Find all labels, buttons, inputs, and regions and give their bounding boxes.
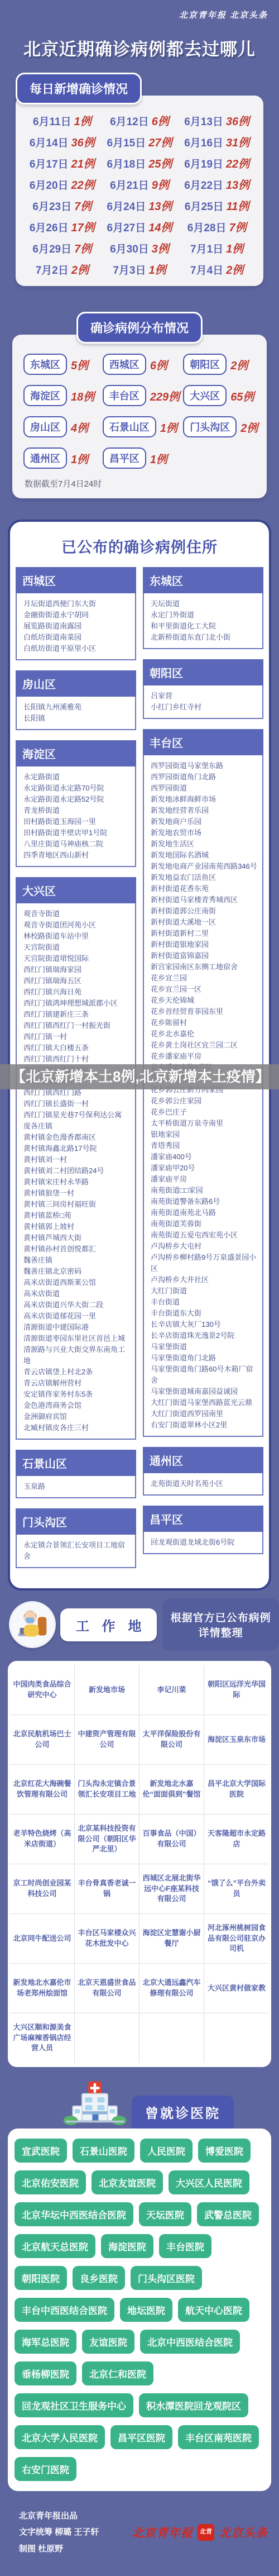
daily-section-header: 每日新增确诊情况 <box>16 73 142 104</box>
district-address-list: 西罗园街道马家堡东路西罗园街道角门北路西罗园街道新发地冰鲜海鲜市场新发地经营者乐… <box>143 755 263 1437</box>
address-item: 马家堡街道角门北路 <box>151 1353 258 1364</box>
address-item: 马家堡街道城南嘉园益诚园 <box>151 1386 258 1397</box>
workplace-table-card: 中国肉类食品综合研究中心新发地市场李记川菜朝阳区远洋光华国际北京民航机场巴士公司… <box>8 1661 271 2067</box>
hospital-tag: 宣武医院 <box>15 2139 67 2163</box>
district-name-pill: 丰台区 <box>103 385 146 406</box>
daily-count: 3例 <box>152 243 169 255</box>
address-item: 永定门外街道 <box>151 610 258 621</box>
address-item: 青塔秀园 <box>151 1140 258 1151</box>
address-item: 黄村镇金色漫香郡南区 <box>23 1132 131 1143</box>
address-item: 小红门乡红寺村 <box>151 702 258 713</box>
address-item: 魏善庄镇北京密码 <box>23 1266 131 1277</box>
district-name-pill: 石景山区 <box>103 416 156 437</box>
daily-case-entry: 6月16日31例 <box>178 134 256 150</box>
address-item: 展览路街道南露园 <box>23 621 131 632</box>
address-item: 黄村镇三间房村福旺街 <box>23 1199 131 1210</box>
workplace-cell: 丰台骨真香老诚一锅 <box>75 1864 139 1914</box>
address-item: 新发地益农门活鱼区 <box>151 872 258 883</box>
workplace-table: 中国肉类食品综合研究中心新发地市场李记川菜朝阳区远洋光华国际北京民航机场巴士公司… <box>10 1665 269 2063</box>
district-block-header: 昌平区 <box>143 1506 263 1532</box>
hospital-tag: 海淀医院 <box>101 2234 153 2258</box>
district-block: 海淀区永定路街道永定路街道永定路70号院永定路街道永定路52号院青龙桥街道田村路… <box>16 740 136 867</box>
daily-count: 13例 <box>148 201 172 213</box>
workplace-cell: 西城区北展北街华远中心F座某科技有限公司 <box>139 1864 204 1914</box>
hospital-tag: 航天中心医院 <box>178 2298 249 2322</box>
daily-case-entry: 6月21日9例 <box>101 176 179 192</box>
address-item: 永定镇合景领汇长安项目工地宿舍 <box>23 1540 131 1562</box>
address-item: 新发地冰鲜海鲜市场 <box>151 794 258 805</box>
address-item: 天宫院街道 <box>23 942 131 953</box>
distribution-section: 确诊病例分布情况 东城区5例西城区6例朝阳区2例海淀区18例丰台区229例大兴区… <box>0 312 279 498</box>
address-item: 金洲御府宾馆 <box>23 1411 131 1422</box>
district-address-list: 天坛街道永定门外街道和平里街道化工大院北新桥街道东直门北小街 <box>143 593 263 649</box>
workplace-cell <box>139 2013 204 2063</box>
workplace-cell: 天客隆超市永定路店 <box>204 1815 269 1864</box>
district-name-pill: 房山区 <box>23 416 67 437</box>
address-item: 花乡北水嘉伦 <box>151 1029 258 1040</box>
district-count: 1例 <box>71 450 88 466</box>
footer: 北京青年报出品 文字统筹 柳璐 王子轩 制图 杜原野 北京青年报 北青 北京头条 <box>19 2508 268 2576</box>
address-item: 西红门镇鸿坤理想城派郡小区 <box>23 998 131 1009</box>
daily-case-entry: 6月15日27例 <box>101 134 179 150</box>
daily-date: 6月25日 <box>185 201 224 213</box>
address-item: 花乡潘家庙平房 <box>151 1051 258 1062</box>
address-item: 西红门镇一村 <box>23 1031 131 1042</box>
district-address-list: 观音寺街道观音寺街道团河苑小区林校路街道车站中里天宫院街道天宫院街道珺悦国际西红… <box>16 903 136 1440</box>
district-address-list: 吕家营小红门乡红寺村 <box>143 685 263 719</box>
address-item: 马家堡街道 <box>151 1341 258 1353</box>
workplace-cell: 大兴区顺和源美食广场麻辣香锅店经营人员 <box>10 2013 75 2063</box>
daily-date: 6月22日 <box>184 180 223 192</box>
district-block: 朝阳区吕家营小红门乡红寺村 <box>143 659 263 719</box>
workplace-cell: 北京民航机场巴士公司 <box>10 1715 75 1765</box>
address-item: 新村街道银地家园 <box>151 939 258 950</box>
district-block-header: 朝阳区 <box>143 659 263 685</box>
district-address-list: 北苑街道天时名苑小区 <box>143 1473 263 1496</box>
daily-date: 6月17日 <box>30 159 69 170</box>
district-name-pill: 西城区 <box>103 354 146 375</box>
daily-count: 11例 <box>227 201 249 213</box>
address-item: 南苑街道芙蓉街 <box>151 1218 258 1230</box>
address-item: 西红门镇西红门一村振光街 <box>23 1020 131 1031</box>
workplace-cell: 海淀区玉泉东市场 <box>204 1715 269 1765</box>
daily-count: 1例 <box>74 116 92 128</box>
daily-count: 7例 <box>74 243 92 255</box>
daily-case-entry: 7月1日1例 <box>178 240 256 256</box>
district-case-entry: 丰台区229例 <box>99 385 180 406</box>
distribution-grid: 东城区5例西城区6例朝阳区2例海淀区18例丰台区229例大兴区65例房山区4例石… <box>20 354 259 469</box>
daily-count: 27例 <box>148 137 172 149</box>
daily-case-entry: 6月17日21例 <box>23 155 101 171</box>
district-name-pill: 昌平区 <box>103 447 146 469</box>
district-name-pill: 海淀区 <box>23 385 67 406</box>
daily-case-entry: 6月23日7例 <box>23 197 101 213</box>
district-address-list: 长阳镇九州溪雅苑长阳镇 <box>16 697 136 730</box>
address-item: 高米店街道西斯莱公馆 <box>23 1277 131 1288</box>
address-item: 西红门镇大白楼五条 <box>23 1042 131 1054</box>
address-item: 金融街街道永宁胡同 <box>23 610 131 621</box>
address-item: 清源街道中建国际港 <box>23 1322 131 1333</box>
address-item: 庞各庄镇 <box>23 1121 131 1132</box>
address-item: 长辛店镇大灰厂130号 <box>151 1319 258 1330</box>
address-item: 卢沟桥乡柳村路9号万泉盛景园小区 <box>151 1252 258 1274</box>
hospital-tag: 大兴区人民医院 <box>169 2170 249 2194</box>
workplace-section-header: 工 作 地 <box>60 1608 157 1641</box>
district-count: 2例 <box>230 356 248 373</box>
daily-count: 7例 <box>229 222 246 234</box>
address-item: 回龙观街道龙域北街6号院 <box>151 1537 258 1548</box>
workplace-cell: 太平洋保险股份有限公司 <box>139 1715 204 1765</box>
hospital-tag: 回龙观社区卫生服务中心 <box>15 2393 133 2417</box>
daily-case-entry: 6月12日6例 <box>101 112 179 128</box>
daily-case-entry: 6月26日17例 <box>23 218 101 235</box>
address-item: 西罗园街道 <box>151 783 258 794</box>
daily-date: 6月15日 <box>107 137 146 149</box>
hospital-tag: 海军总医院 <box>15 2330 76 2354</box>
address-item: 黄村镇芦城西大街 <box>23 1232 131 1244</box>
address-item: 黄村镇郭上坡村 <box>23 1221 131 1232</box>
address-item: 黄村镇狼垡一村 <box>23 1188 131 1199</box>
infographic-page: 北京青年报 北京头条 北京近期确诊病例都去过哪儿 每日新增确诊情况 6月11日1… <box>0 0 279 2576</box>
daily-case-entry: 6月30日3例 <box>101 240 179 256</box>
daily-case-entry: 7月2日2例 <box>23 261 101 277</box>
address-item: 新发地经营者乐园 <box>151 805 258 816</box>
workplace-cell: 新发地北水嘉伦“面面俱到”餐馆 <box>139 1765 204 1815</box>
workplace-cell <box>75 2013 139 2063</box>
district-count: 4例 <box>71 419 88 435</box>
address-item: 青云店镇垡上村北2条 <box>23 1366 131 1378</box>
hospital-tag: 北京佑安医院 <box>15 2170 86 2194</box>
address-item: 南苑街道警备东路6号 <box>151 1196 258 1207</box>
address-item: 黄村镇刘一村 <box>23 1154 131 1165</box>
address-item: 白纸坊街道平原里小区 <box>23 643 131 654</box>
workplace-cell: “饿了么”平台外卖员 <box>204 1864 269 1914</box>
address-item: 安定镇佟家务村东5条 <box>23 1389 131 1400</box>
beiqing-square-logo: 北青 <box>198 2524 214 2541</box>
address-item: 四季青地区西山新村 <box>23 850 131 861</box>
data-cutoff-note: 数据截至7月4日24时 <box>25 478 259 489</box>
residence-section: 已公布的确诊病例住所 西城区月坛街道西便门东大街金融街街道永宁胡同展览路街道南露… <box>8 520 271 1591</box>
address-item: 北苑街道天时名苑小区 <box>151 1478 258 1489</box>
address-item: 清源街道枣园东里社区首邑上城 <box>23 1333 131 1344</box>
beijing-toutiao-logo: 北京头条 <box>219 2524 268 2541</box>
footer-logos: 北京青年报 北青 北京头条 <box>132 2524 268 2541</box>
distribution-card: 东城区5例西城区6例朝阳区2例海淀区18例丰台区229例大兴区65例房山区4例石… <box>12 335 267 498</box>
district-address-list: 玉泉路 <box>16 1476 136 1498</box>
address-item: 新村街道郭公庄南街 <box>151 906 258 917</box>
credit-line-publisher: 北京青年报出品 <box>19 2508 99 2524</box>
district-name-pill: 大兴区 <box>183 385 227 406</box>
address-item: 新村街道花香东苑 <box>151 883 258 894</box>
address-item: 青云店镇解州营村 <box>23 1378 131 1389</box>
district-case-entry: 房山区4例 <box>20 416 99 437</box>
address-item: 大红门街道 <box>151 1285 258 1297</box>
address-item: 潘家庙甲20号 <box>151 1163 258 1174</box>
address-item: 大红门街道马家堡西路蓝光云鼎 <box>151 1397 258 1408</box>
workplace-cell: 门头沟永定镇合景领汇长安项目工地 <box>75 1765 139 1815</box>
address-item: 长辛店街道珠光逸景2号院 <box>151 1330 258 1341</box>
workplace-cell: 老羊特色烧烤（高米店街道） <box>10 1815 75 1864</box>
daily-count: 7例 <box>74 201 92 213</box>
daily-case-entry: 6月28日7例 <box>178 218 256 235</box>
daily-date: 6月20日 <box>30 180 69 192</box>
district-count: 229例 <box>150 388 180 404</box>
hospital-tag: 昌平区医院 <box>110 2425 172 2449</box>
address-item: 花乡天伦锦城 <box>151 995 258 1006</box>
district-case-entry: 西城区6例 <box>99 354 180 375</box>
district-block-header: 西城区 <box>16 567 136 593</box>
daily-count: 17例 <box>71 222 95 234</box>
daily-date: 6月14日 <box>30 137 69 149</box>
address-item: 白纸坊街道南菜园 <box>23 632 131 643</box>
district-block-header: 通州区 <box>143 1447 263 1473</box>
daily-cases-grid: 6月11日1例6月12日6例6月13日36例6月14日36例6月15日27例6月… <box>23 112 256 277</box>
district-case-entry: 海淀区18例 <box>20 385 99 406</box>
workplace-cell: 李记川菜 <box>139 1665 204 1715</box>
district-block-header: 石景山区 <box>16 1450 136 1476</box>
address-item: 西红门镇建新庄三条 <box>23 1009 131 1020</box>
address-item: 月坛街道西便门东大街 <box>23 598 131 610</box>
daily-case-entry: 6月13日36例 <box>178 112 256 128</box>
daily-date: 6月24日 <box>107 201 146 213</box>
daily-date: 6月13日 <box>184 116 223 128</box>
address-item: 林校路街道车站中里 <box>23 931 131 942</box>
address-item: 西红门镇瑞海家园 <box>23 964 131 975</box>
address-item: 天坛街道 <box>151 598 258 610</box>
district-block-header: 东城区 <box>143 567 263 593</box>
district-block: 通州区北苑街道天时名苑小区 <box>143 1447 263 1496</box>
daily-cases-card: 6月11日1例6月12日6例6月13日36例6月14日36例6月15日27例6月… <box>16 96 263 286</box>
hospital-header-row: 曾就诊医院 <box>61 2079 279 2129</box>
address-item: 长阳镇九州溪雅苑 <box>23 702 131 713</box>
workplace-cell: 河北涿州桃树园食品有限公司驻京办司机 <box>204 1914 269 1964</box>
daily-date: 7月4日 <box>190 265 223 277</box>
daily-case-entry: 7月3日1例 <box>101 261 179 277</box>
daily-case-entry: 7月4日2例 <box>178 261 256 277</box>
district-block: 房山区长阳镇九州溪雅苑长阳镇 <box>16 670 136 730</box>
address-item: 西红门镇瑞海五区 <box>23 975 131 987</box>
hospital-tag: 北京中西医结合医院 <box>140 2330 240 2354</box>
credit-line-designer: 制图 杜原野 <box>19 2541 99 2557</box>
daily-count: 13例 <box>226 179 249 192</box>
address-item: 西罗园街道角门北路 <box>151 772 258 783</box>
district-case-entry: 昌平区1例 <box>99 447 180 469</box>
address-item: 高米店街道郁花园一里 <box>23 1311 131 1322</box>
district-name-pill: 通州区 <box>23 447 67 469</box>
hospital-tag: 北京仁和医院 <box>82 2361 153 2385</box>
address-item: 观音寺街道 <box>23 908 131 920</box>
hospital-tag: 垂杨柳医院 <box>15 2361 76 2385</box>
daily-count: 22例 <box>226 158 249 170</box>
district-count: 65例 <box>230 388 254 404</box>
daily-count: 9例 <box>152 179 169 192</box>
address-item: 青龙桥街道 <box>23 805 131 816</box>
address-item: 西红门镇西红门十村 <box>23 1054 131 1065</box>
hospital-tag: 右安门医院 <box>15 2457 76 2481</box>
district-case-entry: 门头沟区2例 <box>180 416 259 437</box>
address-item: 吕家营 <box>151 691 258 702</box>
distribution-section-header: 确诊病例分布情况 <box>76 312 203 344</box>
address-item: 新发地商户乐园 <box>151 816 258 827</box>
district-count: 5例 <box>71 356 88 373</box>
daily-case-entry: 6月22日13例 <box>178 176 256 192</box>
address-item: 新宫家园南区东侧工地宿舍 <box>151 961 258 973</box>
address-item: 黄村镇蓝桥□苑 <box>23 1210 131 1221</box>
daily-case-entry: 6月11日1例 <box>23 112 101 128</box>
daily-cases-section: 每日新增确诊情况 6月11日1例6月12日6例6月13日36例6月14日36例6… <box>0 73 279 286</box>
district-name-pill: 东城区 <box>23 354 67 375</box>
daily-date: 6月26日 <box>30 222 69 234</box>
daily-date: 6月28日 <box>187 222 227 234</box>
hospital-tag: 朝阳医院 <box>15 2266 67 2290</box>
hospital-tag: 丰台中西医结合医院 <box>15 2298 114 2322</box>
hospital-tag: 人民医院 <box>140 2139 193 2163</box>
district-count: 6例 <box>150 356 167 373</box>
address-item: 新发地农贸市场 <box>151 827 258 839</box>
address-item: 高米店街道兴华大街二段 <box>23 1299 131 1311</box>
hospital-tag: 博爱医院 <box>198 2139 251 2163</box>
district-block: 昌平区回龙观街道龙域北街6号院 <box>143 1506 263 1554</box>
address-item: 北臧村镇皮各庄三村 <box>23 1422 131 1434</box>
workplace-cell: 大兴区黄村做家教 <box>204 1964 269 2013</box>
address-item: 花乡陈留村 <box>151 1017 258 1029</box>
district-block: 石景山区玉泉路 <box>16 1450 136 1498</box>
district-address-list: 永定镇合景领汇长安项目工地宿舍 <box>16 1535 136 1568</box>
page-title: 北京近期确诊病例都去过哪儿 <box>4 35 275 60</box>
hospital-tag: 良乡医院 <box>73 2266 125 2290</box>
workplace-cell: 北京大通远鑫汽车修理有限公司 <box>139 1964 204 2013</box>
daily-count: 2例 <box>71 264 89 277</box>
address-item: 花乡首经贸育菲园东里 <box>151 1006 258 1017</box>
daily-count: 1例 <box>226 243 243 255</box>
district-count: 2例 <box>240 419 258 435</box>
hospital-tag: 丰台区南苑医院 <box>178 2425 259 2449</box>
address-item: 花乡巴庄子 <box>151 1107 258 1118</box>
district-block: 大兴区观音寺街道观音寺街道团河苑小区林校路街道车站中里天宫院街道天宫院街道珺悦国… <box>16 877 136 1440</box>
watermark-overlay: 【北京新增本土8例,北京新增本土疫情】 <box>0 1064 279 1089</box>
district-block-header: 门头沟区 <box>16 1508 136 1535</box>
beijing-youth-daily-logo: 北京青年报 <box>132 2524 193 2541</box>
workplace-cell: 新发地北水嘉伦市场老郑州烩面馆 <box>10 1964 75 2013</box>
daily-date: 6月30日 <box>110 244 149 255</box>
district-block-header: 丰台区 <box>143 729 263 755</box>
hospital-tag: 地坛医院 <box>120 2298 172 2322</box>
workplace-cell: 中建资产管理有限公司 <box>75 1715 139 1765</box>
workplace-cell: 北京同牛配送公司 <box>10 1914 75 1964</box>
address-item: 新村街道马家楼青秀城西区 <box>151 894 258 906</box>
district-address-list: 回龙观街道龙域北街6号院 <box>143 1532 263 1554</box>
district-count: 1例 <box>150 450 167 466</box>
workplace-header-row: 工 作 地 根据官方已公布病例详情整理 <box>9 1598 279 1651</box>
address-item: 西红门镇长盛街一村 <box>23 1098 131 1110</box>
hospital-tag: 门头沟区医院 <box>131 2266 202 2290</box>
address-item: 西红门镇星光巷7号保利达公寓 <box>23 1110 131 1121</box>
address-item: 黄村镇刘二村团结路24号 <box>23 1165 131 1177</box>
workplace-cell: 北京天恩盛世食品有限公司 <box>75 1964 139 2013</box>
hospital-tag: 北京华坛中西医结合医院 <box>15 2202 133 2226</box>
address-item: 观音寺街道团河苑小区 <box>23 920 131 931</box>
daily-date: 6月12日 <box>110 116 149 128</box>
address-item: 新村街道新村二里 <box>151 928 258 939</box>
district-name-pill: 门头沟区 <box>183 416 237 437</box>
workplace-cell <box>204 2013 269 2063</box>
address-item: 西红门镇兴海日苑 <box>23 987 131 998</box>
daily-count: 25例 <box>148 158 172 170</box>
daily-date: 6月18日 <box>107 159 146 170</box>
workplace-cell: 朝阳区远洋光华国际 <box>204 1665 269 1715</box>
workplace-cell: 北京红花大海碗餐饮管理有限公司 <box>10 1765 75 1815</box>
daily-count: 36例 <box>226 116 249 128</box>
district-count: 18例 <box>71 388 94 404</box>
address-item: 西罗园街道马家堡东路 <box>151 760 258 772</box>
daily-date: 6月23日 <box>32 201 71 213</box>
hospital-section-header: 曾就诊医院 <box>132 2096 234 2129</box>
address-item: 天宫院街道珺悦国际 <box>23 953 131 964</box>
daily-count: 31例 <box>226 137 249 149</box>
daily-date: 6月29日 <box>32 244 71 255</box>
address-item: 清源路与兴业大街交界东南角工地 <box>23 1344 131 1366</box>
district-count: 1例 <box>160 419 177 435</box>
address-item: 田村路街道玉海园一里 <box>23 816 131 827</box>
daily-date: 6月21日 <box>110 180 149 192</box>
district-case-entry: 石景山区1例 <box>99 416 180 437</box>
hospital-card: 宣武医院石景山医院人民医院博爱医院北京佑安医院北京友谊医院大兴区人民医院北京华坛… <box>8 2129 271 2491</box>
hospital-tag: 天坛医院 <box>139 2202 191 2226</box>
daily-date: 7月3日 <box>113 265 146 277</box>
workplace-cell: 京工时尚创业园某科技公司 <box>10 1864 75 1914</box>
daily-case-entry: 6月27日14例 <box>101 218 179 235</box>
brand-logos-top: 北京青年报 北京头条 <box>0 0 279 21</box>
hospital-building-icon <box>61 2079 128 2131</box>
district-block: 东城区天坛街道永定门外街道和平里街道化工大院北新桥街道东直门北小街 <box>143 567 263 649</box>
address-item: 和平里街道化工大院 <box>151 621 258 632</box>
daily-case-entry: 6月19日22例 <box>178 155 256 171</box>
hospital-tag: 北京大学人民医院 <box>15 2425 105 2449</box>
district-address-list: 月坛街道西便门东大街金融街街道永宁胡同展览路街道南露园白纸坊街道南菜园白纸坊街道… <box>16 593 136 660</box>
district-case-entry: 东城区5例 <box>20 354 99 375</box>
address-item: 金色港湾商务会馆 <box>23 1400 131 1411</box>
address-item: 新村街道富锦嘉园 <box>151 950 258 961</box>
daily-count: 2例 <box>226 264 243 277</box>
address-item: 新发地电商产业园南苑西路346号 <box>151 861 258 872</box>
address-item: 新发地国际名酒城 <box>151 850 258 861</box>
address-item: 潘家庙平房 <box>151 1174 258 1185</box>
district-address-list: 永定路街道永定路街道永定路70号院永定路街道永定路52号院青龙桥街道田村路街道玉… <box>16 766 136 867</box>
daily-date: 6月11日 <box>33 116 71 128</box>
address-item: 南苑街道南苑北马路 <box>151 1207 258 1218</box>
hospital-tag: 北京友谊医院 <box>92 2170 163 2194</box>
district-case-entry: 大兴区65例 <box>180 385 259 406</box>
address-item: 大红门街道西罗园南里 <box>151 1408 258 1420</box>
address-item: 太平桥街道万泉寺南里 <box>151 1118 258 1129</box>
workplace-cell: 新发地市场 <box>75 1665 139 1715</box>
address-item: 马家堡街道角门路60号木箱厂宿舍 <box>151 1364 258 1386</box>
daily-case-entry: 6月14日36例 <box>23 134 101 150</box>
address-item: 右安门街道翠林小区2里 <box>151 1420 258 1431</box>
district-block-header: 房山区 <box>16 670 136 697</box>
district-block-header: 大兴区 <box>16 877 136 903</box>
daily-count: 22例 <box>71 179 95 192</box>
address-item: 南苑街道□□家园 <box>151 1185 258 1196</box>
hospital-tag: 积水潭医院回龙观院区 <box>139 2393 248 2417</box>
credits: 北京青年报出品 文字统筹 柳璐 王子轩 制图 杜原野 <box>19 2508 99 2557</box>
hospital-tag: 石景山医院 <box>73 2139 134 2163</box>
district-block: 西城区月坛街道西便门东大街金融街街道永宁胡同展览路街道南露园白纸坊街道南菜园白纸… <box>16 567 136 660</box>
daily-case-entry: 6月18日25例 <box>101 155 179 171</box>
address-item: 北新桥街道东直门北小街 <box>151 632 258 643</box>
address-item: 新村街道大溪地一区 <box>151 917 258 928</box>
address-item: 卢沟桥乡大屯村 <box>151 1241 258 1252</box>
